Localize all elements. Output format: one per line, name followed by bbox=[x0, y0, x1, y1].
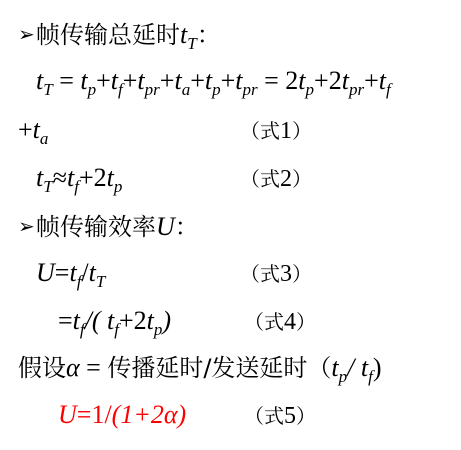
var-t: t bbox=[33, 115, 40, 144]
heading-frame-efficiency: ➢帧传输效率U： bbox=[18, 212, 199, 242]
tag-open: （式 bbox=[240, 167, 280, 191]
equation-2-tag: （式2） bbox=[240, 163, 312, 194]
plus-2: +2 bbox=[79, 163, 107, 192]
tag-open: （式 bbox=[240, 119, 280, 143]
slash: / bbox=[347, 353, 361, 382]
approx: ≈ bbox=[53, 163, 67, 192]
equation-1-line-2: +ta bbox=[18, 115, 48, 145]
colon: ： bbox=[175, 213, 199, 241]
close-paren: ) bbox=[373, 353, 382, 382]
subscript: p bbox=[306, 80, 315, 99]
var-t: t bbox=[174, 66, 181, 95]
sub-p: p bbox=[339, 367, 348, 386]
var-U: U bbox=[156, 212, 175, 241]
assumption-text: 传播延时/发送延时（ bbox=[107, 354, 331, 382]
operator: +2 bbox=[314, 66, 342, 95]
plus-2: +2 bbox=[119, 306, 147, 335]
subscript: p bbox=[212, 80, 221, 99]
equation-1-line-1: tT = tp+tf+tpr+ta+tp+tpr = 2tp+2tpr+tf bbox=[36, 66, 391, 96]
equation-5-tag: （式5） bbox=[244, 400, 316, 431]
close-paren: ) bbox=[162, 306, 171, 335]
denominator: (1+2α) bbox=[112, 400, 187, 429]
subscript: pr bbox=[243, 80, 258, 99]
heading-text: 帧传输效率 bbox=[36, 213, 156, 241]
subscript: pr bbox=[145, 80, 160, 99]
tag-number: 1 bbox=[280, 118, 292, 144]
tag-number: 4 bbox=[284, 309, 296, 335]
var-t: t bbox=[111, 66, 118, 95]
sub-T: T bbox=[187, 34, 196, 53]
assumption-alpha: 假设α = 传播延时/发送延时（tp/ tf) bbox=[18, 353, 382, 383]
plus: + bbox=[18, 115, 33, 144]
slash: / bbox=[81, 258, 88, 287]
subscript: T bbox=[43, 80, 52, 99]
equals-one-over: =1/ bbox=[77, 400, 112, 429]
subscript: p bbox=[88, 80, 97, 99]
equals: = bbox=[80, 353, 108, 382]
var-t: t bbox=[69, 258, 76, 287]
sub-T: T bbox=[43, 177, 52, 196]
operator: + bbox=[364, 66, 379, 95]
assumption-label: 假设 bbox=[18, 354, 66, 382]
tag-close: ） bbox=[292, 119, 312, 143]
var-t: t bbox=[235, 66, 242, 95]
equals: = bbox=[58, 306, 73, 335]
operator: + bbox=[160, 66, 175, 95]
operator: + bbox=[190, 66, 205, 95]
operator: = 2 bbox=[258, 66, 299, 95]
equation-5-highlighted: U=1/(1+2α) bbox=[58, 400, 186, 430]
subscript: pr bbox=[349, 80, 364, 99]
tag-close: ） bbox=[296, 310, 316, 334]
equals: = bbox=[55, 258, 70, 287]
var-t: t bbox=[147, 306, 154, 335]
sub-a: a bbox=[40, 129, 49, 148]
subscript: f bbox=[386, 80, 391, 99]
operator: + bbox=[96, 66, 111, 95]
heading-text: 帧传输总延时 bbox=[36, 21, 180, 49]
var-t: t bbox=[379, 66, 386, 95]
equation-3-tag: （式3） bbox=[240, 258, 312, 289]
tag-open: （式 bbox=[244, 404, 284, 428]
tag-close: ） bbox=[292, 167, 312, 191]
equation-2: tT≈tf+2tp bbox=[36, 163, 122, 193]
tag-close: ） bbox=[292, 262, 312, 286]
heading-frame-total-delay: ➢帧传输总延时tT： bbox=[18, 20, 221, 50]
operator: + bbox=[221, 66, 236, 95]
var-t: t bbox=[80, 66, 87, 95]
tag-close: ） bbox=[296, 404, 316, 428]
bullet-arrow-icon: ➢ bbox=[18, 212, 36, 242]
sub-p: p bbox=[114, 177, 123, 196]
tag-number: 2 bbox=[280, 166, 292, 192]
sub-T: T bbox=[96, 272, 105, 291]
subscript: a bbox=[182, 80, 191, 99]
equation-1-tag: （式1） bbox=[240, 115, 312, 146]
var-t: t bbox=[73, 306, 80, 335]
tag-open: （式 bbox=[244, 310, 284, 334]
colon: ： bbox=[197, 21, 221, 49]
var-t: t bbox=[89, 258, 96, 287]
tag-number: 5 bbox=[284, 403, 296, 429]
var-U: U bbox=[58, 400, 77, 429]
var-t: t bbox=[298, 66, 305, 95]
alpha: α bbox=[66, 353, 80, 382]
operator: + bbox=[123, 66, 138, 95]
tag-number: 3 bbox=[280, 261, 292, 287]
var-U: U bbox=[36, 258, 55, 287]
equation-3: U=tf/tT bbox=[36, 258, 105, 288]
tag-open: （式 bbox=[240, 262, 280, 286]
var-t: t bbox=[107, 163, 114, 192]
var-t: t bbox=[137, 66, 144, 95]
bullet-arrow-icon: ➢ bbox=[18, 20, 36, 50]
operator: = bbox=[53, 66, 81, 95]
slash-open-paren: /( bbox=[85, 306, 107, 335]
var-t: t bbox=[205, 66, 212, 95]
equation-4: =tf/( tf+2tp) bbox=[58, 306, 171, 336]
var-t: t bbox=[342, 66, 349, 95]
equation-4-tag: （式4） bbox=[244, 306, 316, 337]
var-t: t bbox=[331, 353, 338, 382]
